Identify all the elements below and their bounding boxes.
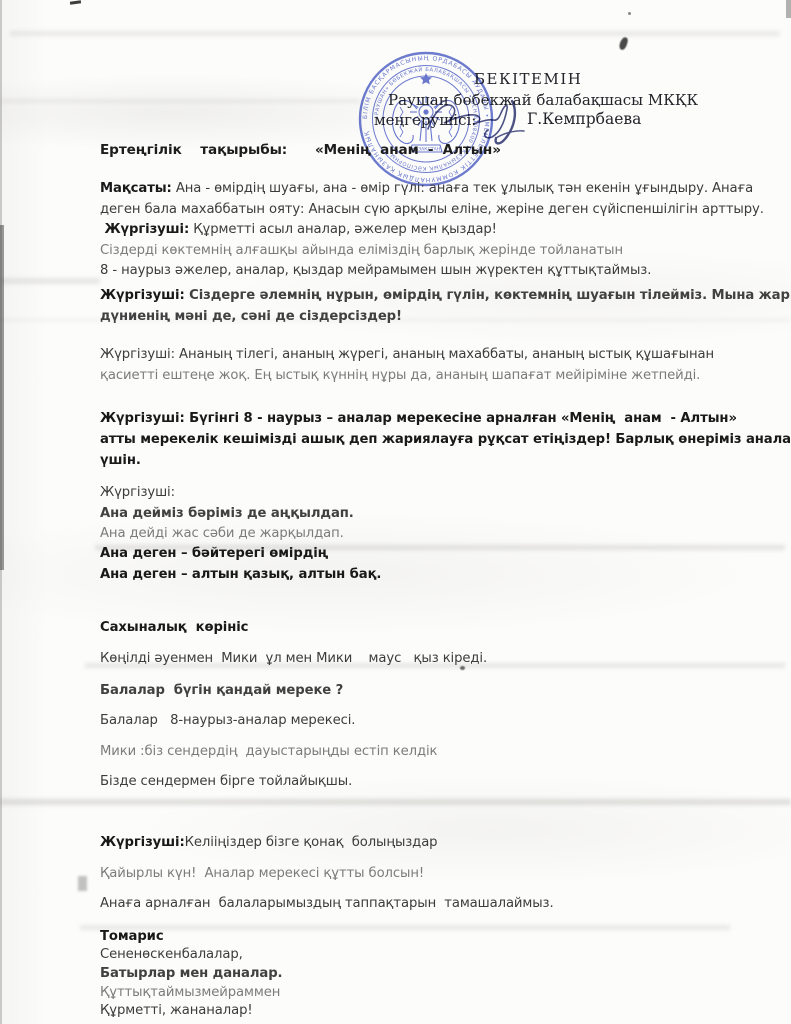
scan-left-edge	[0, 0, 2, 1024]
host-label: Жүргізуші:	[100, 835, 185, 850]
goal-text-3: Құрметті асыл аналар, әжелер мен қыздар!	[189, 222, 497, 237]
opening-text-1: Бүгінгі 8 - наурыз – аналар мерекесіне а…	[185, 411, 737, 426]
line-poem-4: Ана деген – бәйтерегі өмірдің	[100, 544, 328, 565]
scanned-document-page: БЕКІТЕМІН Раушан бөбекжай балабақшасы МК…	[0, 0, 791, 1024]
line-mother-2: қасиетті ештеңе жоқ. Ең ыстық күннің нұр…	[100, 366, 700, 387]
line-opening-1: Жүргізуші: Бүгінгі 8 - наурыз – аналар м…	[100, 409, 737, 430]
scan-speck	[628, 12, 631, 15]
line-scene-5: Бізде сендермен бірге тойлайықшы.	[100, 772, 352, 793]
line-tomaris-1: Сененөскенбалалар,	[100, 946, 243, 965]
line-scene-4: Мики :біз сендердің дауыстарыңды естіп к…	[100, 742, 437, 763]
goal-text-1: Ана - өмірдің шуағы, ана - өмір гүлі: ан…	[172, 181, 753, 196]
official-stamp: БІЛІМ БАСҚАРМАСЫНЫҢ ОРДАБАСЫ АУДАНЫ • МЕ…	[356, 49, 496, 189]
line-wish-2: дүниенің мәні де, сәні де сіздерсіздер!	[100, 307, 402, 328]
line-goal-3: Жүргізуші: Құрметті асыл аналар, әжелер …	[100, 220, 497, 241]
scan-streak	[10, 31, 780, 36]
line-tomaris-4: Құрметті, жананалар!	[100, 1002, 253, 1021]
scan-speck	[618, 36, 629, 51]
line-scene-2: Балалар бүгін қандай мереке ?	[100, 681, 343, 702]
scan-left-edge-dark	[0, 225, 4, 570]
line-opening-2: атты мерекелік кешімізді ашық деп жариял…	[100, 430, 791, 451]
document-title: Ертеңгілік тақырыбы: «Менің анам - Алтын…	[100, 140, 501, 161]
line-goal-5: 8 - наурыз әжелер, аналар, қыздар мейрам…	[100, 261, 651, 282]
host-label: Жүргізуші:	[100, 288, 185, 303]
line-scene-3: Балалар 8-наурыз-аналар мерекесі.	[100, 711, 355, 732]
scan-streak	[80, 925, 730, 930]
scene-heading: Сахыналық көрініс	[100, 618, 248, 639]
line-wish-1: Жүргізуші: Сіздерге әлемнің нұрын, өмірд…	[100, 286, 791, 307]
goal-label: Мақсаты:	[100, 181, 172, 196]
line-poem-3: Ана дейді жас сәби де жарқылдап.	[100, 524, 344, 545]
scan-streak	[0, 99, 360, 103]
line-poem-5: Ана деген – алтын қазық, алтын бақ.	[100, 565, 381, 586]
line-invite-3: Анаға арналған балаларымыздың таппақтары…	[100, 894, 554, 915]
line-poem-2: Ана дейміз бәріміз де аңқылдап.	[100, 504, 354, 525]
wish-text-1: Сіздерге әлемнің нұрын, өмірдің гүлін, к…	[185, 288, 791, 303]
invite-text-1: Келііңіздер бізге қонақ болыңыздар	[185, 835, 438, 850]
line-mother-1: Жүргізуші: Ананың тілегі, ананың жүрегі,…	[100, 345, 714, 366]
line-goal-1: Мақсаты: Ана - өмірдің шуағы, ана - өмір…	[100, 179, 753, 200]
scan-speck	[70, 0, 81, 5]
line-invite-2: Қайырлы күн! Аналар мерекесі құтты болсы…	[100, 864, 424, 885]
host-label: Жүргізуші:	[100, 411, 185, 426]
round-seal: БІЛІМ БАСҚАРМАСЫНЫҢ ОРДАБАСЫ АУДАНЫ • МЕ…	[356, 49, 496, 189]
tomaris-heading: Томарис	[100, 927, 164, 948]
line-invite-1: Жүргізуші:Келііңіздер бізге қонақ болыңы…	[100, 833, 437, 854]
line-scene-1: Көңілді әуенмен Мики ұл мен Мики маус қы…	[100, 649, 487, 670]
scan-streak	[0, 799, 791, 805]
scan-streak	[0, 278, 100, 284]
scan-speck	[78, 876, 87, 891]
line-poem-1: Жүргізуші:	[100, 483, 175, 504]
line-tomaris-3: Құттықтаймызмейраммен	[100, 984, 280, 1003]
line-goal-4: Сіздерді көктемнің алғашқы айында еліміз…	[100, 241, 623, 262]
scan-corner-mark	[786, 0, 791, 18]
line-goal-2: деген бала махаббатын ояту: Анасын сүю а…	[100, 200, 764, 221]
line-opening-3: үшін.	[100, 451, 141, 472]
line-tomaris-2: Батырлар мен даналар.	[100, 965, 282, 984]
host-label: Жүргізуші:	[100, 222, 189, 237]
